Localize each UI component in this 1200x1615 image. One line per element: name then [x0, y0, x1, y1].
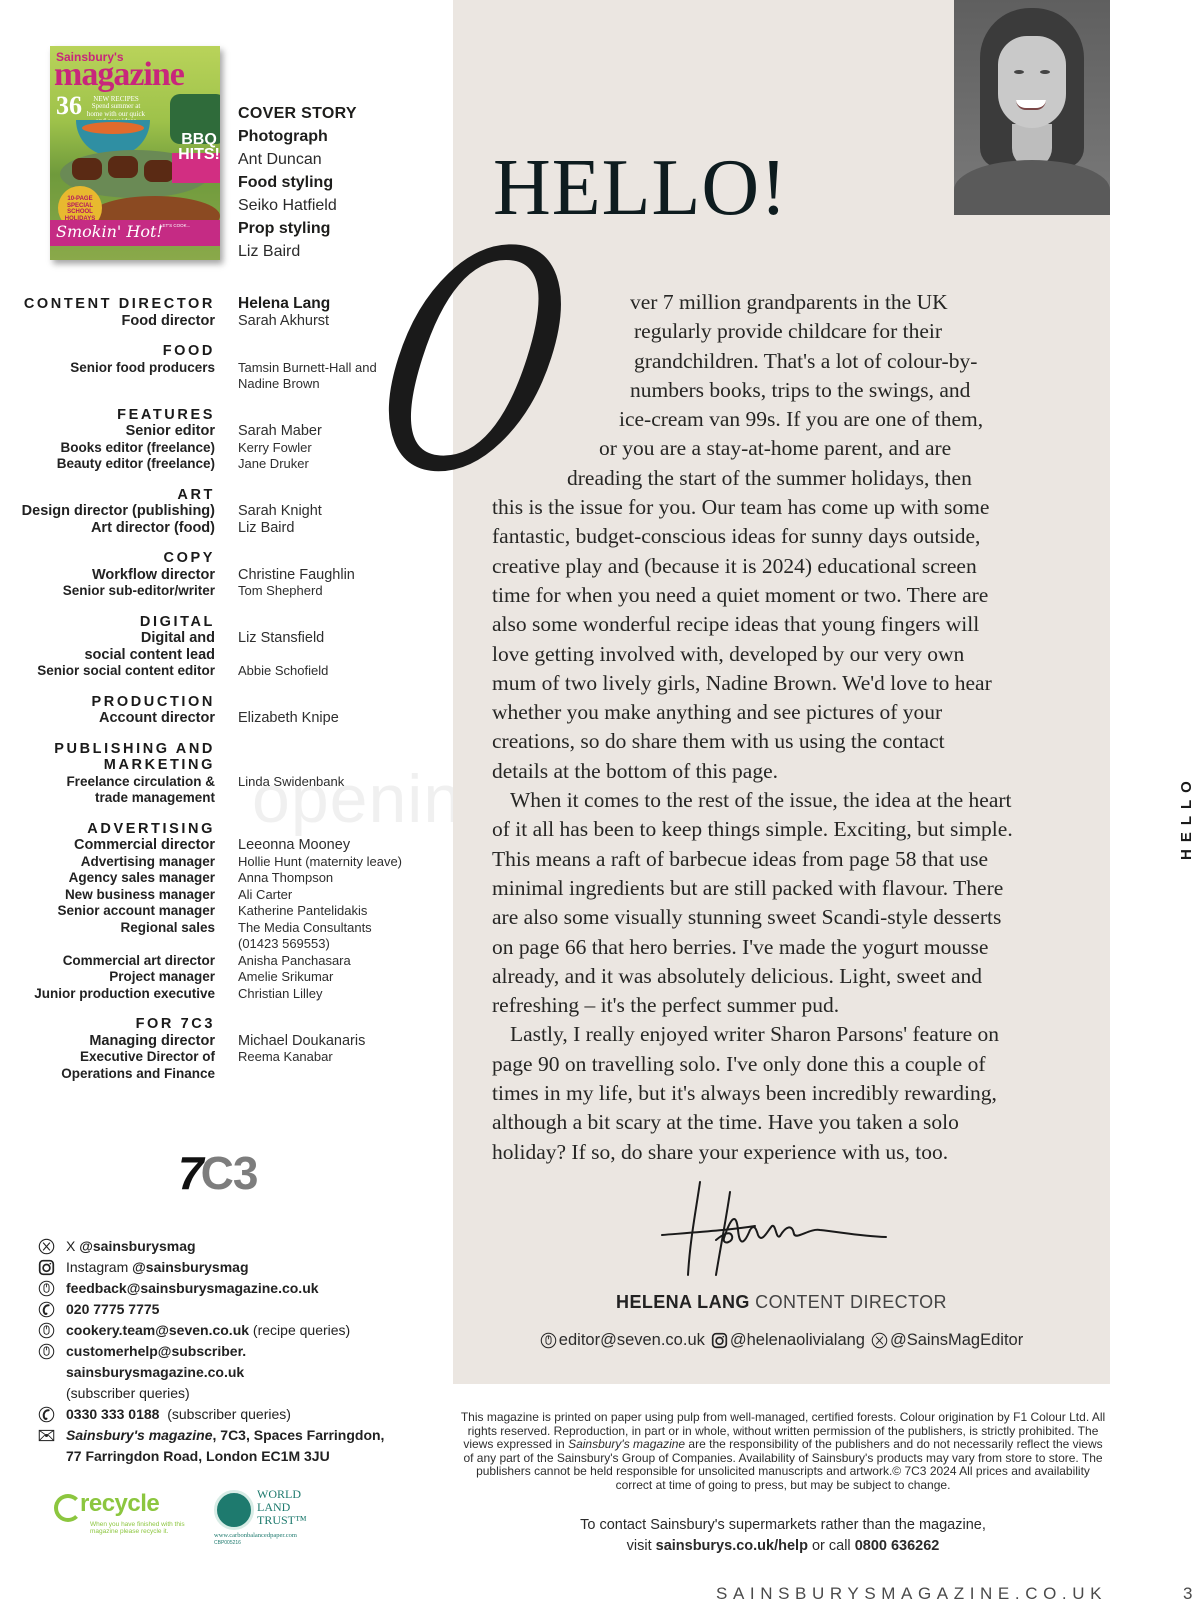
credit-name: Abbie Schofield — [238, 663, 328, 680]
credits-section-content-director: CONTENT DIRECTOR Helena Lang Food direct… — [0, 296, 440, 329]
logo-c3: C3 — [201, 1150, 258, 1196]
phone-icon — [38, 1404, 58, 1425]
credit-role: Food styling — [238, 171, 357, 194]
cover-masthead: magazine — [54, 58, 184, 92]
cover-banner-list: LET'S COOK... — [160, 223, 190, 228]
x-icon — [38, 1236, 58, 1257]
credit-role: Prop styling — [238, 217, 357, 240]
mouse-icon — [540, 1332, 557, 1349]
credit-role: Books editor (freelance) — [0, 440, 215, 457]
x-icon — [871, 1332, 888, 1349]
credit-name: Tom Shepherd — [238, 583, 323, 600]
contact-phone[interactable]: 020 7775 7775 — [38, 1299, 438, 1320]
credit-name: Reema Kanabar — [238, 1049, 333, 1066]
magazine-cover-thumbnail: Sainsbury's magazine 36 NEW RECIPES Spen… — [50, 46, 220, 260]
credit-role: Regional sales — [0, 920, 215, 937]
credit-name: Ant Duncan — [238, 148, 357, 171]
credit-role: Photograph — [238, 125, 357, 148]
credits-section-production: PRODUCTION Account director Elizabeth Kn… — [0, 694, 440, 727]
credit-role: Commercial director — [0, 837, 215, 854]
credit-role: Freelance circulation &trade management — [0, 774, 215, 807]
credit-name: Tamsin Burnett-Hall andNadine Brown — [238, 360, 377, 393]
contact-customer-email-cont: sainsburysmagazine.co.uk — [38, 1362, 438, 1383]
section-heading: COPY — [0, 550, 215, 567]
credit-role: Advertising manager — [0, 854, 215, 871]
credit-role: Digital andsocial content lead — [0, 630, 215, 663]
help-link[interactable]: sainsburys.co.uk/help — [656, 1538, 808, 1554]
credit-role: Account director — [0, 710, 215, 727]
contact-cookery-email[interactable]: cookery.team@seven.co.uk (recipe queries… — [38, 1320, 438, 1341]
credits-section-publishing: PUBLISHING ANDMARKETING Freelance circul… — [0, 741, 440, 807]
contact-address-cont: 77 Farringdon Road, London EC1M 3JU — [38, 1446, 438, 1467]
credit-name: Christine Faughlin — [238, 567, 355, 584]
contact-address: Sainsbury's magazine, 7C3, Spaces Farrin… — [38, 1425, 438, 1446]
wlt-url: www.carbonbalancedpaper.com — [214, 1532, 297, 1539]
world-land-trust-logo: WORLDLANDTRUST™ www.carbonbalancedpaper.… — [214, 1488, 309, 1548]
contact-x[interactable]: X @sainsburysmag — [38, 1236, 438, 1257]
cover-headline-number: 36 — [56, 91, 82, 121]
section-heading: FOOD — [0, 343, 215, 360]
credit-name: The Media Consultants(01423 569553) — [238, 920, 372, 953]
credit-name: Sarah Akhurst — [238, 313, 329, 330]
credit-role: Art director (food) — [0, 520, 215, 537]
section-heading: FOR 7C3 — [0, 1016, 215, 1033]
editor-signature — [660, 1180, 900, 1280]
credit-role: Junior production executive — [0, 986, 215, 1003]
mouse-icon — [38, 1341, 58, 1362]
credits-section-digital: DIGITAL Digital andsocial content lead L… — [0, 614, 440, 680]
section-heading: ART — [0, 487, 215, 504]
credit-role: Project manager — [0, 969, 215, 986]
credit-name: Anisha Panchasara — [238, 953, 351, 970]
credit-name: Sarah Maber — [238, 423, 322, 440]
credit-role: Senior food producers — [0, 360, 215, 377]
credit-name: Leeonna Mooney — [238, 837, 350, 854]
credit-name: Sarah Knight — [238, 503, 322, 520]
credit-role: Senior account manager — [0, 903, 215, 920]
staff-credits: CONTENT DIRECTOR Helena Lang Food direct… — [0, 296, 440, 1096]
cover-food-illustration — [108, 156, 138, 178]
environmental-badges: recycle When you have finished with this… — [50, 1488, 309, 1548]
contact-customer-note: (subscriber queries) — [38, 1383, 438, 1404]
credit-role: Senior editor — [0, 423, 215, 440]
credits-section-advertising: ADVERTISING Commercial director Leeonna … — [0, 821, 440, 1003]
mouse-icon — [38, 1320, 58, 1341]
credit-name: Katherine Pantelidakis — [238, 903, 367, 920]
credit-name: Amelie Srikumar — [238, 969, 333, 986]
credit-role: Workflow director — [0, 567, 215, 584]
section-heading: FEATURES — [0, 407, 215, 424]
section-heading: ADVERTISING — [0, 821, 215, 838]
credit-role: New business manager — [0, 887, 215, 904]
credit-name: Jane Druker — [238, 456, 309, 473]
mouse-icon — [38, 1278, 58, 1299]
section-heading: CONTENT DIRECTOR — [0, 296, 215, 313]
credit-role: Beauty editor (freelance) — [0, 456, 215, 473]
page-number: 3 — [1183, 1584, 1192, 1604]
credit-role: Senior sub-editor/writer — [0, 583, 215, 600]
7c3-logo: 7 C3 — [178, 1152, 257, 1194]
editor-instagram[interactable]: @helenaolivialang — [711, 1331, 865, 1350]
credit-role: Food director — [0, 313, 215, 330]
wlt-text: WORLDLANDTRUST™ — [257, 1488, 307, 1527]
supermarket-help-notice: To contact Sainsbury's supermarkets rath… — [458, 1515, 1108, 1557]
credit-name: Liz Baird — [238, 240, 357, 263]
cover-food-illustration — [72, 158, 102, 180]
section-side-tab: HELLO — [1178, 774, 1195, 860]
recycle-arrow-icon — [54, 1494, 82, 1522]
leaf-seal-icon — [214, 1490, 254, 1530]
credit-role: Executive Director ofOperations and Fina… — [0, 1049, 215, 1082]
help-phone: 0800 636262 — [855, 1538, 940, 1554]
section-heading: DIGITAL — [0, 614, 215, 631]
recycle-word: recycle — [80, 1490, 159, 1518]
wlt-code: CBP005216 — [214, 1540, 241, 1546]
editor-portrait-photo — [954, 0, 1110, 215]
credit-name: Michael Doukanaris — [238, 1033, 365, 1050]
contact-customer-email[interactable]: customerhelp@subscriber. — [38, 1341, 438, 1362]
instagram-icon — [711, 1332, 728, 1349]
logo-seven: 7 — [178, 1150, 201, 1196]
credits-section-7c3: FOR 7C3 Managing director Michael Doukan… — [0, 1016, 440, 1082]
credit-role: Senior social content editor — [0, 663, 215, 680]
cover-food-illustration — [144, 160, 174, 182]
credit-name: Seiko Hatfield — [238, 194, 357, 217]
contact-feedback-email[interactable]: feedback@sainsburysmagazine.co.uk — [38, 1278, 438, 1299]
footer-website: SAINSBURYSMAGAZINE.CO.UK — [716, 1584, 1107, 1604]
editor-contacts: editor@seven.co.uk @helenaolivialang @Sa… — [453, 1331, 1110, 1350]
editor-x[interactable]: @SainsMagEditor — [871, 1331, 1023, 1350]
instagram-icon — [38, 1257, 58, 1278]
cover-story-credits: COVER STORY Photograph Ant Duncan Food s… — [238, 102, 357, 263]
contact-subscriber-phone[interactable]: 0330 333 0188 (subscriber queries) — [38, 1404, 438, 1425]
editor-letter-body: ver 7 million grandparents in the UK reg… — [492, 288, 1092, 1167]
credits-section-food: FOOD Senior food producers Tamsin Burnet… — [0, 343, 440, 393]
credit-name: Anna Thompson — [238, 870, 333, 887]
credit-name: Elizabeth Knipe — [238, 710, 339, 727]
section-heading: PUBLISHING ANDMARKETING — [0, 741, 215, 774]
credit-name: Kerry Fowler — [238, 440, 312, 457]
recycle-caption: When you have finished with this magazin… — [90, 1521, 190, 1536]
signoff-name-title: HELENA LANG CONTENT DIRECTOR — [453, 1292, 1110, 1313]
credit-name: Christian Lilley — [238, 986, 323, 1003]
credit-role: Design director (publishing) — [0, 503, 215, 520]
cover-story-heading: COVER STORY — [238, 102, 357, 125]
editor-email[interactable]: editor@seven.co.uk — [540, 1331, 705, 1350]
credit-name: Ali Carter — [238, 887, 292, 904]
credit-name: Hollie Hunt (maternity leave) — [238, 854, 402, 871]
credit-name: Helena Lang — [238, 296, 330, 313]
section-heading: PRODUCTION — [0, 694, 215, 711]
credit-name: Liz Stansfield — [238, 630, 324, 647]
cover-bbq-label: BBQ HITS! — [178, 132, 220, 162]
legal-notice: This magazine is printed on paper using … — [458, 1411, 1108, 1492]
credit-name: Liz Baird — [238, 520, 294, 537]
credits-section-copy: COPY Workflow director Christine Faughli… — [0, 550, 440, 600]
contact-instagram[interactable]: Instagram @sainsburysmag — [38, 1257, 438, 1278]
credit-role: Managing director — [0, 1033, 215, 1050]
cover-banner-text: Smokin' Hot! — [56, 222, 163, 241]
credit-role: Agency sales manager — [0, 870, 215, 887]
envelope-icon — [38, 1425, 58, 1446]
credit-role: Commercial art director — [0, 953, 215, 970]
recycle-logo: recycle When you have finished with this… — [50, 1488, 190, 1548]
contact-list: X @sainsburysmag Instagram @sainsburysma… — [38, 1236, 438, 1467]
credit-name: Linda Swidenbank — [238, 774, 344, 791]
phone-icon — [38, 1299, 58, 1320]
